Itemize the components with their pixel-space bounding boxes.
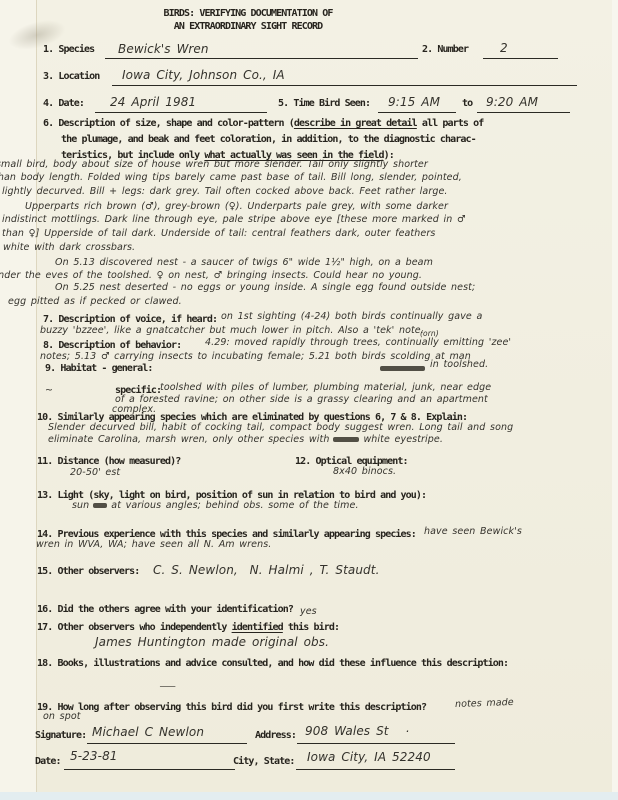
time-seen-label: 5. Time Bird Seen: <box>278 98 370 110</box>
q8-label: 8. Description of behavior: <box>43 340 181 352</box>
q10-answer-line1: Slender decurved bill, habit of cocking … <box>48 423 513 433</box>
q15-label: 15. Other observers: <box>37 566 139 578</box>
q17-underlined-word: identified <box>232 622 283 633</box>
q19-answer-line2: on spot <box>43 712 81 722</box>
q6-l1-pre: 6. Description of size, shape and color-… <box>43 118 294 129</box>
date-label: 4. Date: <box>43 98 84 110</box>
q9-answer-line1: toolshed with piles of lumber, plumbing … <box>160 383 491 393</box>
scanned-bird-documentation-form: { "doc": { "title1": "BIRDS: VERIFYING D… <box>0 0 618 800</box>
q9-habitat-label: 9. Habitat - general: <box>45 363 153 375</box>
number-field-line <box>483 44 558 59</box>
signature-label: Signature: <box>35 730 86 742</box>
address-label: Address: <box>255 730 296 742</box>
q10-ans-pre: eliminate Carolina, marsh wren, only oth… <box>48 434 329 445</box>
q15-answer: C. S. Newlon, N. Halmi , T. Staudt. <box>153 564 380 577</box>
q11-answer: 20-50' est <box>70 468 120 478</box>
q6-answer-line3: lightly decurved. Bill + legs: dark grey… <box>2 187 448 197</box>
q8-crossed-out-word <box>380 366 425 371</box>
q6-answer-line8: On 5.13 discovered nest - a saucer of tw… <box>55 258 433 268</box>
q7-answer-line2: buzzy 'bzzee', like a gnatcatcher but mu… <box>40 326 424 336</box>
q17-label: 17. Other observers who independently id… <box>37 622 339 634</box>
q16-label: 16. Did the others agree with your ident… <box>37 604 293 616</box>
q10-answer-line2: eliminate Carolina, marsh wren, only oth… <box>48 435 443 445</box>
q18-label: 18. Books, illustrations and advice cons… <box>37 658 508 670</box>
q6-answer-line5: indistinct mottlings. Dark line through … <box>2 215 466 225</box>
q16-answer: yes <box>300 607 317 617</box>
q17-answer: James Huntington made original obs. <box>95 636 329 649</box>
q10-ans-post: white eyestripe. <box>363 434 443 445</box>
q6-answer-line10: On 5.25 nest deserted - no eggs or young… <box>55 283 475 293</box>
q13-ans-pre: sun <box>72 500 89 511</box>
q14-answer-line1: have seen Bewick's <box>424 527 522 537</box>
address-value: 908 Wales St <box>305 725 389 738</box>
q8-answer-line1: 4.29: moved rapidly through trees, conti… <box>205 338 511 348</box>
paper-right-edge <box>612 0 618 792</box>
q9-margin-mark: ~ <box>45 386 53 396</box>
date-value: 24 April 1981 <box>110 96 196 109</box>
species-label: 1. Species <box>43 44 94 56</box>
time-from-value: 9:15 AM <box>388 96 440 109</box>
q6-answer-line2: than body length. Folded wing tips barel… <box>0 173 462 183</box>
q6-answer-line4: Upperparts rich brown (♂), grey-brown (♀… <box>25 202 448 212</box>
q6-answer-line7: white with dark crossbars. <box>3 243 135 253</box>
species-value: Bewick's Wren <box>118 43 209 56</box>
q13-crossed-out-word <box>93 503 107 508</box>
number-value: 2 <box>500 42 508 55</box>
q13-answer: sunat various angles; behind obs. some o… <box>72 501 359 511</box>
q7-label: 7. Description of voice, if heard: <box>43 314 217 326</box>
date-signed-label: Date: <box>35 756 61 768</box>
location-value: Iowa City, Johnson Co., IA <box>122 69 285 82</box>
q6-label-line2: the plumage, and beak and feet coloratio… <box>61 134 476 146</box>
signature-value: Michael C Newlon <box>92 726 204 739</box>
q12-answer: 8x40 binocs. <box>333 467 396 477</box>
time-to-value: 9:20 AM <box>486 96 538 109</box>
q6-answer-line6: than ♀] Upperside of tail dark. Undersid… <box>2 229 435 239</box>
q9-answer-line2: of a forested ravine; on other side is a… <box>115 395 488 405</box>
q13-ans-post: at various angles; behind obs. some of t… <box>111 500 358 511</box>
q6-answer-line9: under the eves of the toolshed. ♀ on nes… <box>0 271 422 281</box>
form-title-line2: AN EXTRAORDINARY SIGHT RECORD <box>98 21 398 33</box>
q17-pre: 17. Other observers who independently <box>37 622 232 633</box>
q6-answer-line11: egg pitted as if pecked or clawed. <box>8 297 182 307</box>
q19-answer-line1: notes made <box>455 698 514 710</box>
q10-crossed-out-word <box>333 437 359 442</box>
number-label: 2. Number <box>422 44 468 56</box>
date-signed-value: 5-23-81 <box>70 750 118 763</box>
q6-l1-underlined: describe in great detail <box>294 118 417 129</box>
q8-answer-line3: in toolshed. <box>430 360 488 370</box>
q6-label-line1: 6. Description of size, shape and color-… <box>43 118 483 130</box>
time-to-word: to <box>462 98 472 110</box>
q6-answer-line1: small bird, body about size of house wre… <box>0 160 428 170</box>
paper-left-edge <box>0 0 37 792</box>
q19-label: 19. How long after observing this bird d… <box>37 702 426 714</box>
q8-answer-line2: notes; 5.13 ♂ carrying insects to incuba… <box>40 352 471 362</box>
city-state-value: Iowa City, IA 52240 <box>307 751 431 764</box>
q11-label: 11. Distance (how measured)? <box>37 456 180 468</box>
city-state-label: City, State: <box>233 756 294 768</box>
q6-l1-post: all parts of <box>417 118 484 129</box>
q17-post: this bird: <box>283 622 339 633</box>
form-title-line1: BIRDS: VERIFYING DOCUMENTATION OF <box>98 8 398 20</box>
q14-answer-line2: wren in WVA, WA; have seen all N. Am wre… <box>36 540 271 550</box>
address-stray-dot: . <box>406 722 410 735</box>
q18-answer-dash: — <box>159 682 176 692</box>
q7-answer-line1: on 1st sighting (4-24) both birds contin… <box>221 312 482 322</box>
location-label: 3. Location <box>43 71 99 83</box>
